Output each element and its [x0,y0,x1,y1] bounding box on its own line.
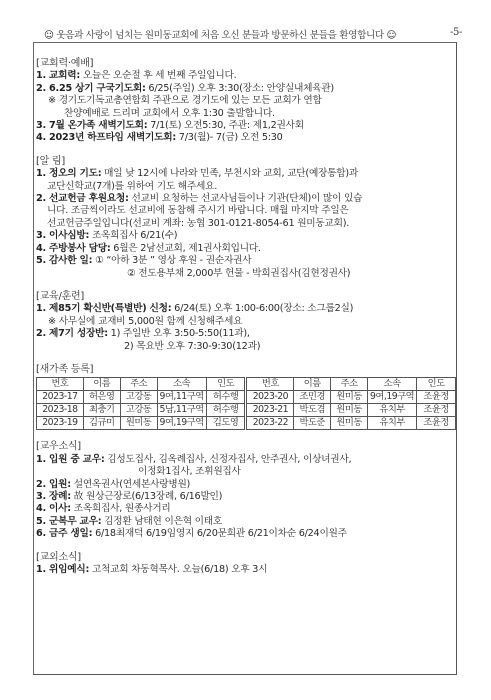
item-label: 2. 입원: [36,479,71,490]
list-item: 1. 제85기 확신반(특별반) 신청: 6/24(토) 오후 1:00-6:0… [36,303,456,315]
column-header: 번호 [246,378,294,391]
column-header: 인도 [206,378,246,391]
section-external: [교외소식] 1. 위임예식: 고척교회 차동혁목사. 오늘(6/18) 오후 … [36,552,456,577]
item-text: 김정환 남태현 이은혁 이태호 [101,516,222,527]
item-label: 4. 이사: [36,503,71,514]
item-text: 故 원상근장로(6/13장례, 6/16발인) [71,491,222,502]
section-education: [교육/훈련] 1. 제85기 확신반(특별반) 신청: 6/24(토) 오후 … [36,291,456,353]
list-item: 5. 군복무 교우: 김정환 남태현 이은혁 이태호 [36,516,456,528]
item-text: 6/25(주일) 오후 3:30(장소: 안양실내체육관) [146,83,334,94]
column-header: 소속 [157,378,206,391]
item-text: 6/24(토) 오후 1:00-6:00(장소: 소그룹2실) [171,303,353,314]
item-continuation: 니다. 조금씩이라도 선교비에 동참해 주시기 바랍니다. 매월 마지막 주일은 [36,205,456,217]
section-title: [교육/훈련] [36,291,456,303]
column-header: 소속 [368,378,417,391]
item-text: 설연옥권사(연세본사랑병원) [71,479,190,490]
item-label: 3. 장례: [36,491,71,502]
item-label: 1. 입원 중 교우: [36,454,104,465]
cell-number: 2023-19 [37,417,84,430]
cell-guide: 조윤정 [417,391,456,404]
table-row: 2023-19 김규미 원미동 9여,19구역 김도영 2023-22 박도준 … [37,417,456,430]
list-item: 4. 이사: 조옥희집사, 원종사거리 [36,503,456,515]
item-text: 선교비 요청하는 선교사님들이나 기관(단체)이 많이 있습 [129,193,363,204]
section-title: [교회력·예배] [36,58,456,70]
list-item: 2. 제7기 성장반: 1) 주일반 오후 3:50-5:50(11과), [36,328,456,340]
cell-address: 원미동 [331,417,368,430]
section-members: [교우소식] 1. 입원 중 교우: 김성도집사, 김옥례집사, 신정자집사, … [36,441,456,540]
column-header: 번호 [37,378,84,391]
column-header: 이름 [83,378,120,391]
spacer [36,541,456,552]
item-label: 3. 7월 온가족 새벽기도회: [36,120,147,131]
item-label: 4. 주방봉사 담당: [36,243,110,254]
item-text: 6월은 2남선교회, 제1권사회입니다. [110,243,260,254]
cell-number: 2023-17 [37,391,84,404]
list-item: 1. 위임예식: 고척교회 차동혁목사. 오늘(6/18) 오후 3시 [36,564,456,576]
list-item: 1. 입원 중 교우: 김성도집사, 김옥례집사, 신정자집사, 안주권사, 이… [36,454,456,466]
table-row: 2023-18 최충기 고강동 5남,11구역 허수행 2023-21 박도겸 … [37,404,456,417]
note-line: ※ 사무실에 교재비 5,000원 함께 신청해주세요 [36,316,456,328]
cell-name: 박도준 [294,417,331,430]
note-continuation: 찬양예배로 드리며 교회에서 오후 1:30 출발합니다. [36,108,456,120]
item-text: 매일 낮 12시에 나라와 민족, 부천시와 교회, 교단(예장통합)과 [101,168,358,179]
cell-group: 9여,19구역 [157,417,206,430]
column-header: 인도 [417,378,456,391]
item-text: 7/1(토) 오전5:30, 주관: 제1,2권사회 [147,120,303,131]
list-item: 5. 감사한 일: ① “아하 3분 ” 영상 후원 - 권순자권사 [36,255,456,267]
page-number: -5- [450,27,462,38]
item-label: 2. 선교헌금 후원요청: [36,193,129,204]
cell-guide: 허수행 [206,391,246,404]
cell-guide: 김도영 [206,417,246,430]
item-continuation: 이정화1집사, 조휘원집사 [36,466,456,478]
cell-number: 2023-20 [246,391,294,404]
cell-group: 유치부 [368,417,417,430]
list-item: 2. 선교헌금 후원요청: 선교비 요청하는 선교사님들이나 기관(단체)이 많… [36,193,456,205]
cell-address: 원미동 [331,391,368,404]
column-header: 주소 [120,378,157,391]
cell-group: 9여,11구역 [157,391,206,404]
item-label: 1. 교회력: [36,70,80,81]
list-item: 1. 교회력: 오늘은 오순절 후 세 번째 주일입니다. [36,70,456,82]
table-header-row: 번호 이름 주소 소속 인도 번호 이름 주소 소속 인도 [37,378,456,391]
cell-number: 2023-18 [37,404,84,417]
spacer [36,430,456,441]
item-text: 조옥희집사, 원종사거리 [71,503,171,514]
list-item: 4. 2023년 하프타임 새벽기도회: 7/3(월)- 7(금) 오전 5:3… [36,132,456,144]
section-title: [교우소식] [36,441,456,453]
item-continuation: 교단신학교(7개)를 위하여 기도 해주세요. [36,181,456,193]
list-item: 3. 장례: 故 원상근장로(6/13장례, 6/16발인) [36,491,456,503]
item-label: 1. 정오의 기도: [36,168,101,179]
section-notices: [알 림] 1. 정오의 기도: 매일 낮 12시에 나라와 민족, 부천시와 … [36,156,456,280]
item-text: 6/18최재덕 6/19임영지 6/20문희관 6/21이차순 6/24이원주 [92,528,347,539]
item-label: 5. 군복무 교우: [36,516,101,527]
cell-name: 김규미 [83,417,120,430]
bulletin-content: [교회력·예배] 1. 교회력: 오늘은 오순절 후 세 번째 주일입니다. 2… [36,58,456,576]
cell-address: 고강동 [120,391,157,404]
section-title: [교외소식] [36,552,456,564]
item-text: ① “아하 3분 ” 영상 후원 - 권순자권사 [92,255,251,266]
cell-group: 9여,19구역 [368,391,417,404]
item-label: 2. 제7기 성장반: [36,328,108,339]
list-item: 2. 입원: 설연옥권사(연세본사랑병원) [36,479,456,491]
cell-number: 2023-21 [246,404,294,417]
section-title: [새가족 등록] [36,364,456,376]
cell-name: 조민경 [294,391,331,404]
item-label: 6. 금주 생일: [36,528,92,539]
list-item: 4. 주방봉사 담당: 6월은 2남선교회, 제1권사회입니다. [36,243,456,255]
column-header: 이름 [294,378,331,391]
spacer [36,145,456,156]
cell-name: 허은영 [83,391,120,404]
spacer [36,280,456,291]
cell-address: 원미동 [331,404,368,417]
page-header: ☺ 웃음과 사랑이 넘치는 원미동교회에 처음 오신 분들과 방문하신 분들을 … [44,27,474,41]
list-item: 3. 7월 온가족 새벽기도회: 7/1(토) 오전5:30, 주관: 제1,2… [36,120,456,132]
item-label: 1. 위임예식: [36,564,89,575]
section-title: [알 림] [36,156,456,168]
list-item: 2. 6.25 상기 구국기도회: 6/25(주일) 오후 3:30(장소: 안… [36,83,456,95]
cell-guide: 조윤정 [417,417,456,430]
item-continuation: ② 전도용부채 2,000부 헌물 - 박희권집사(김현정권사) [36,268,456,280]
item-text: 조옥희집사 6/21(수) [89,230,177,241]
item-text: 고척교회 차동혁목사. 오늘(6/18) 오후 3시 [89,564,267,575]
item-label: 5. 감사한 일: [36,255,92,266]
cell-address: 원미동 [120,417,157,430]
item-continuation: 2) 목요반 오후 7:30-9:30(12과) [36,341,456,353]
new-family-table: 번호 이름 주소 소속 인도 번호 이름 주소 소속 인도 2023-17 허은… [36,377,456,430]
cell-name: 박도겸 [294,404,331,417]
cell-address: 고강동 [120,404,157,417]
note-line: ※ 경기도기독교총연합회 주관으로 경기도에 있는 모든 교회가 연합 [36,95,456,107]
cell-guide: 허수행 [206,404,246,417]
table-row: 2023-17 허은영 고강동 9여,11구역 허수행 2023-20 조민경 … [37,391,456,404]
list-item: 6. 금주 생일: 6/18최재덕 6/19임영지 6/20문희관 6/21이차… [36,528,456,540]
header-welcome-text: ☺ 웃음과 사랑이 넘치는 원미동교회에 처음 오신 분들과 방문하신 분들을 … [44,30,396,41]
item-label: 3. 이사심방: [36,230,89,241]
spacer [36,353,456,364]
cell-guide: 조윤정 [417,404,456,417]
section-worship: [교회력·예배] 1. 교회력: 오늘은 오순절 후 세 번째 주일입니다. 2… [36,58,456,145]
cell-group: 유치부 [368,404,417,417]
list-item: 1. 정오의 기도: 매일 낮 12시에 나라와 민족, 부천시와 교회, 교단… [36,168,456,180]
item-text: 김성도집사, 김옥례집사, 신정자집사, 안주권사, 이상녀권사, [104,454,351,465]
item-text: 1) 주일반 오후 3:50-5:50(11과), [108,328,250,339]
item-label: 2. 6.25 상기 구국기도회: [36,83,146,94]
item-text: 7/3(월)- 7(금) 오전 5:30 [176,132,283,143]
list-item: 3. 이사심방: 조옥희집사 6/21(수) [36,230,456,242]
cell-group: 5남,11구역 [157,404,206,417]
item-label: 1. 제85기 확신반(특별반) 신청: [36,303,171,314]
section-new-family: [새가족 등록] 번호 이름 주소 소속 인도 번호 이름 주소 소속 인도 2… [36,364,456,430]
column-header: 주소 [331,378,368,391]
item-label: 4. 2023년 하프타임 새벽기도회: [36,132,176,143]
cell-number: 2023-22 [246,417,294,430]
item-continuation: 선교헌금주일입니다(선교비 계좌: 농협 301-0121-8054-61 원미… [36,218,456,230]
cell-name: 최충기 [83,404,120,417]
item-text: 오늘은 오순절 후 세 번째 주일입니다. [80,70,236,81]
